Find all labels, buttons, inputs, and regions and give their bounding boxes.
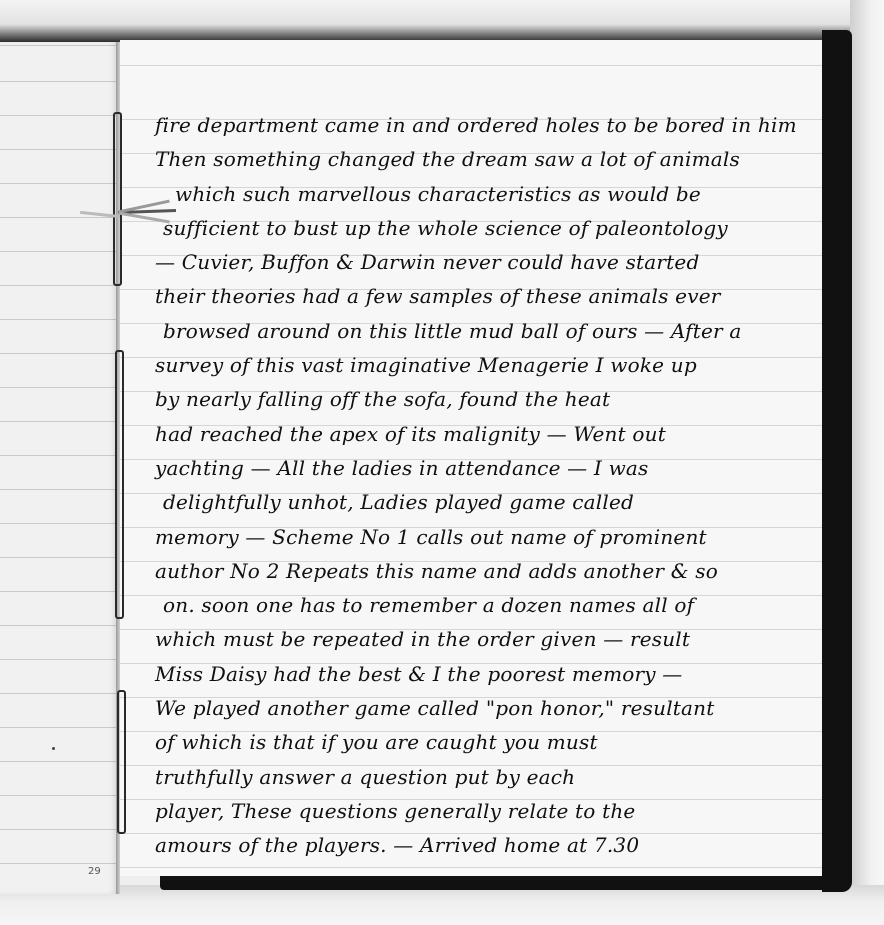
notebook-cover-edge <box>822 30 852 892</box>
text-line: had reached the apex of its malignity — … <box>155 417 820 451</box>
text-line: on. soon one has to remember a dozen nam… <box>155 588 820 622</box>
text-line: yachting — All the ladies in attendance … <box>155 451 820 485</box>
text-line: fire department came in and ordered hole… <box>155 108 820 142</box>
text-line: which such marvellous characteristics as… <box>155 177 820 211</box>
text-line: We played another game called "pon honor… <box>155 691 820 725</box>
text-line: by nearly falling off the sofa, found th… <box>155 382 820 416</box>
binding-stitch <box>117 690 126 834</box>
top-shadow <box>0 0 884 44</box>
handwritten-text: fire department came in and ordered hole… <box>155 108 820 863</box>
text-line: truthfully answer a question put by each <box>155 760 820 794</box>
left-page <box>0 42 118 894</box>
text-line: delightfully unhot, Ladies played game c… <box>155 485 820 519</box>
text-line: survey of this vast imaginative Menageri… <box>155 348 820 382</box>
text-line: amours of the players. — Arrived home at… <box>155 828 820 862</box>
text-line: of which is that if you are caught you m… <box>155 725 820 759</box>
background-right <box>850 0 884 925</box>
notebook-cover-bottom <box>160 876 850 890</box>
text-line: their theories had a few samples of thes… <box>155 279 820 313</box>
text-line: player, These questions generally relate… <box>155 794 820 828</box>
text-line: which must be repeated in the order give… <box>155 622 820 656</box>
text-line: author No 2 Repeats this name and adds a… <box>155 554 820 588</box>
binding-stitch <box>113 112 122 286</box>
text-line: Miss Daisy had the best & I the poorest … <box>155 657 820 691</box>
background-bottom <box>0 885 884 925</box>
text-line: — Cuvier, Buffon & Darwin never could ha… <box>155 245 820 279</box>
binding-stitch <box>115 350 124 619</box>
text-line: sufficient to bust up the whole science … <box>155 211 820 245</box>
text-line: memory — Scheme No 1 calls out name of p… <box>155 520 820 554</box>
ink-dot <box>52 747 55 750</box>
page-number: 29 <box>88 866 101 877</box>
text-line: Then something changed the dream saw a l… <box>155 142 820 176</box>
text-line: browsed around on this little mud ball o… <box>155 314 820 348</box>
